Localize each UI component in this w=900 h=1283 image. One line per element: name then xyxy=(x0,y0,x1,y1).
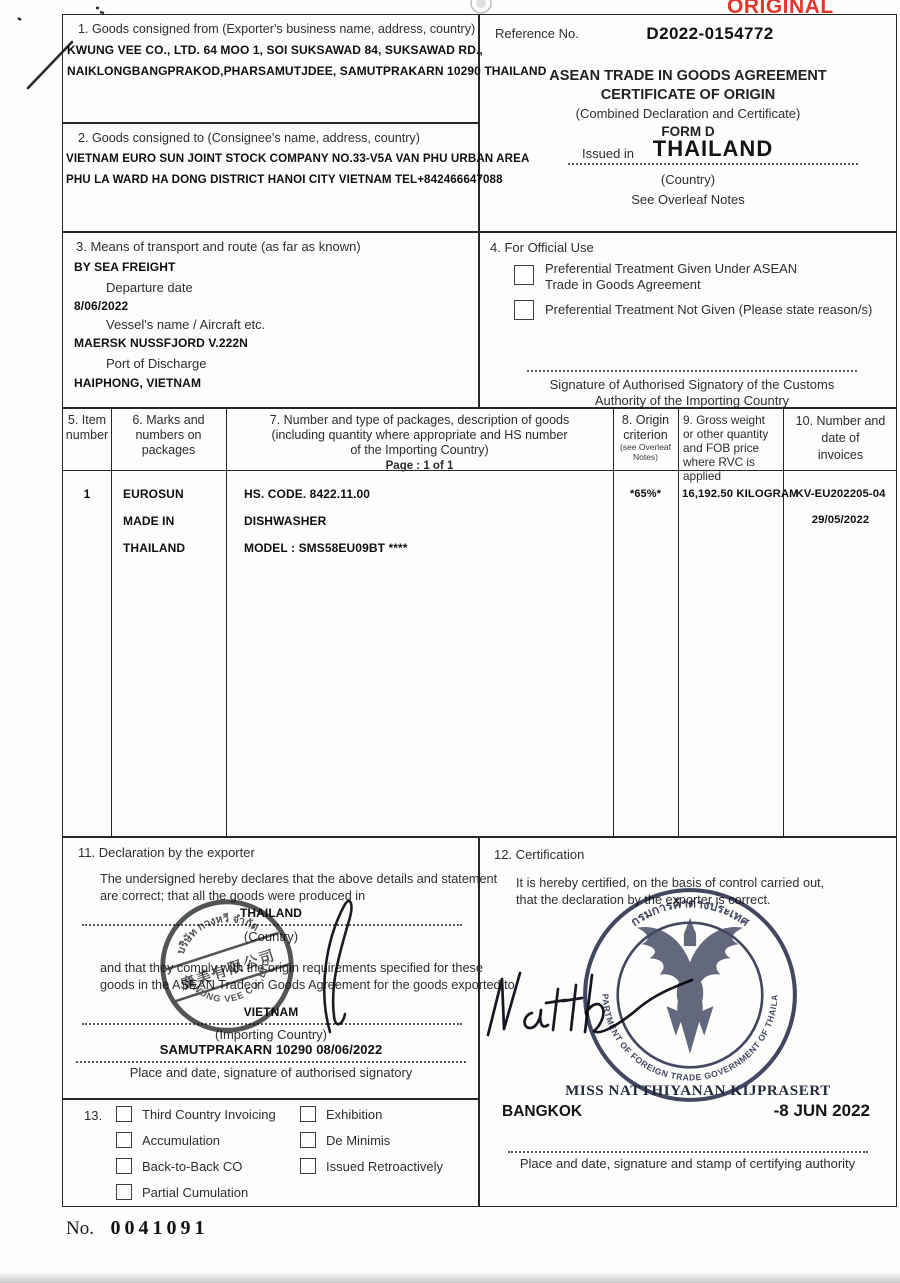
box2-title: 2. Goods consigned to (Consignee's name,… xyxy=(78,131,420,145)
accumulation-checkbox xyxy=(116,1132,132,1148)
declaration-para1-line1: The undersigned hereby declares that the… xyxy=(100,872,497,886)
col6-header: 6. Marks andnumbers onpackages xyxy=(111,413,226,458)
table-divider-5 xyxy=(783,408,784,837)
serial-prefix: No. xyxy=(66,1218,94,1239)
serial-number: 0041091 xyxy=(110,1217,208,1239)
issued-retroactively-checkbox xyxy=(300,1158,316,1174)
box1-title: 1. Goods consigned from (Exporter's busi… xyxy=(78,22,475,36)
preferential-given-label-line2: Trade in Goods Agreement xyxy=(545,277,701,292)
doc-title-line1: ASEAN TRADE IN GOODS AGREEMENT xyxy=(498,68,878,84)
departure-date-label: Departure date xyxy=(106,280,193,295)
issued-in-dots xyxy=(568,163,858,165)
exporter-stamp-thai-text: บริษัท กวงหวี จำกัด xyxy=(168,902,263,959)
box12-title: 12. Certification xyxy=(494,847,584,862)
certifier-signature xyxy=(480,951,700,1061)
preferential-not-given-label: Preferential Treatment Not Given (Please… xyxy=(545,302,872,317)
row-invoice-number: KV-EU202205-04 xyxy=(783,488,898,500)
row-origin-criterion: *65%* xyxy=(613,488,678,500)
page-indicator: Page : 1 of 1 xyxy=(226,459,613,474)
col5-header: 5. Itemnumber xyxy=(63,413,111,443)
certificate-of-origin-scan: ORIGINAL 1. Goods consigned from (Export… xyxy=(0,0,900,1283)
customs-signature-dots xyxy=(527,370,857,372)
doc-title-line2: CERTIFICATE OF ORIGIN xyxy=(498,87,878,103)
certification-place: BANGKOK xyxy=(502,1103,582,1121)
table-divider-1 xyxy=(111,408,112,837)
back-to-back-co-checkbox xyxy=(116,1158,132,1174)
certifier-caption: Place and date, signature and stamp of c… xyxy=(490,1156,885,1171)
table-divider-3 xyxy=(613,408,614,837)
row-item-number: 1 xyxy=(63,487,111,501)
de-minimis-checkbox xyxy=(300,1132,316,1148)
col7-header: 7. Number and type of packages, descript… xyxy=(226,413,613,474)
reference-label: Reference No. xyxy=(495,26,579,41)
goods-table: 5. Itemnumber 6. Marks andnumbers onpack… xyxy=(62,407,897,838)
row-invoice-date: 29/05/2022 xyxy=(783,514,898,526)
third-country-invoicing-label: Third Country Invoicing xyxy=(142,1107,276,1122)
preferential-given-checkbox xyxy=(514,265,534,285)
vessel-value: MAERSK NUSSFJORD V.222N xyxy=(74,336,248,350)
box13-number: 13. xyxy=(84,1108,102,1123)
consignee-line2: PHU LA WARD HA DONG DISTRICT HANOI CITY … xyxy=(66,173,503,186)
back-to-back-co-label: Back-to-Back CO xyxy=(142,1159,242,1174)
exhibition-checkbox xyxy=(300,1106,316,1122)
partial-cumulation-checkbox xyxy=(116,1184,132,1200)
port-of-discharge-label: Port of Discharge xyxy=(106,356,206,371)
exporter-caption: Place and date, signature of authorised … xyxy=(71,1065,471,1080)
exporter-line2: NAIKLONGBANGPRAKOD,PHARSAMUTJDEE, SAMUTP… xyxy=(67,64,546,78)
serial-number-row: No. 0041091 xyxy=(66,1217,208,1240)
issued-in-value: THAILAND xyxy=(598,136,828,162)
de-minimis-label: De Minimis xyxy=(326,1133,390,1148)
certification-date-stamp: -8 JUN 2022 xyxy=(700,1101,870,1121)
exporter-line1: KWUNG VEE CO., LTD. 64 MOO 1, SOI SUKSAW… xyxy=(67,43,483,57)
preferential-given-label-line1: Preferential Treatment Given Under ASEAN xyxy=(545,261,797,276)
third-country-invoicing-checkbox xyxy=(116,1106,132,1122)
col9-header: 9. Gross weightor other quantityand FOB … xyxy=(683,413,783,483)
scan-bottom-edge xyxy=(0,1272,900,1283)
partial-cumulation-label: Partial Cumulation xyxy=(142,1185,248,1200)
exporter-caption-dots xyxy=(76,1061,466,1063)
issued-retroactively-label: Issued Retroactively xyxy=(326,1159,443,1174)
row-gross-weight: 16,192.50 KILOGRAM xyxy=(682,488,799,500)
col10-header: 10. Number anddate ofinvoices xyxy=(783,413,898,464)
exporter-signature xyxy=(300,888,360,1040)
reference-number: D2022-0154772 xyxy=(595,24,825,44)
vessel-label: Vessel's name / Aircraft etc. xyxy=(106,317,265,332)
port-of-discharge-value: HAIPHONG, VIETNAM xyxy=(74,376,201,390)
overleaf-note: See Overleaf Notes xyxy=(498,192,878,207)
row-marks: EUROSUN MADE IN THAILAND xyxy=(123,487,185,555)
exporter-company-stamp: บริษัท กวงหวี จำกัด 廣美有限公司 KWUNG VEE CO.… xyxy=(154,893,300,1039)
box4-title: 4. For Official Use xyxy=(490,240,594,255)
exhibition-label: Exhibition xyxy=(326,1107,382,1122)
certifier-caption-dots xyxy=(508,1151,868,1153)
box3-title: 3. Means of transport and route (as far … xyxy=(76,239,361,254)
exporter-place-date: SAMUTPRAKARN 10290 08/06/2022 xyxy=(81,1042,461,1057)
table-divider-4 xyxy=(678,408,679,837)
doc-subtitle: (Combined Declaration and Certificate) xyxy=(498,106,878,121)
country-label: (Country) xyxy=(498,172,878,187)
box11-title: 11. Declaration by the exporter xyxy=(78,845,255,860)
accumulation-label: Accumulation xyxy=(142,1133,220,1148)
consignee-line1: VIETNAM EURO SUN JOINT STOCK COMPANY NO.… xyxy=(66,152,529,165)
preferential-not-given-checkbox xyxy=(514,300,534,320)
customs-signature-caption2: Authority of the Importing Country xyxy=(497,393,887,408)
row-description: HS. CODE. 8422.11.00 DISHWASHER MODEL : … xyxy=(244,487,408,555)
col8-header: 8. Origincriterion (see OverleafNotes) xyxy=(613,413,678,462)
svg-text:บริษัท กวงหวี จำกัด: บริษัท กวงหวี จำกัด xyxy=(168,902,263,959)
customs-signature-caption1: Signature of Authorised Signatory of the… xyxy=(497,377,887,392)
transport-mode: BY SEA FREIGHT xyxy=(74,260,175,274)
departure-date-value: 8/06/2022 xyxy=(74,299,128,313)
certifier-name: MISS NATTHIYANAN KIJPRASERT xyxy=(498,1083,898,1100)
